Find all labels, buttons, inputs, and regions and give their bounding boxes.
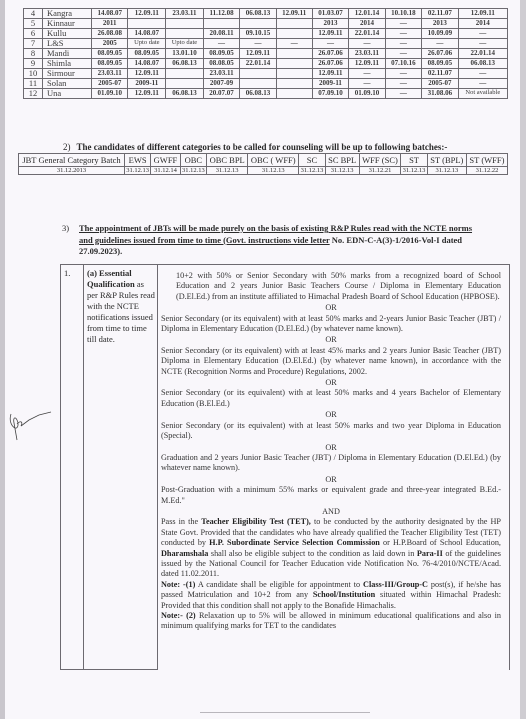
date-cell: 2013 (312, 19, 348, 29)
or-separator: OR (161, 303, 501, 313)
header-cell: SC BPL (325, 154, 359, 167)
date-cell: 2013 (422, 19, 458, 29)
date-cell: 26.07.06 (312, 59, 348, 69)
document-page: 4Kangra14.08.0712.09.1123.03.1111.12.080… (0, 0, 526, 719)
serial-cell: 6 (24, 29, 43, 39)
table-row: 6Kullu26.08.0814.08.0720.08.1109.10.1512… (24, 29, 508, 39)
tet-text: Para-II (417, 549, 443, 558)
header-cell: EWS (124, 154, 150, 167)
date-cell: — (240, 39, 276, 49)
header-cell: OBC BPL (207, 154, 248, 167)
date-cell: 08.08.05 (203, 59, 239, 69)
date-cell: 2009-11 (128, 79, 166, 89)
or-separator: OR (161, 335, 501, 345)
date-cell: — (458, 29, 507, 39)
serial-cell: 4 (24, 9, 43, 19)
district-cell: Mandi (43, 49, 92, 59)
table-row: 11Solan2005-072009-112007-092009-11——200… (24, 79, 508, 89)
or-separator: OR (161, 410, 501, 420)
date-cell (166, 29, 204, 39)
note-label: Note:- (2) (161, 611, 196, 620)
table-row: 12Una01.09.1012.09.1106.08.1320.07.0706.… (24, 89, 508, 99)
date-cell (166, 19, 204, 29)
date-cell: 07.10.16 (385, 59, 421, 69)
header-cell: GWFF (151, 154, 180, 167)
header-cell: JBT General Category Batch (19, 154, 125, 167)
date-cell: 22.01.14 (458, 49, 507, 59)
date-cell: — (458, 79, 507, 89)
date-cell: — (422, 39, 458, 49)
header-cell: ST (BPL) (427, 154, 466, 167)
date-cell: 2005-07 (92, 79, 128, 89)
date-cell: 06.08.13 (166, 59, 204, 69)
date-cell: 12.09.11 (312, 69, 348, 79)
date-cell: — (385, 89, 421, 99)
date-cell: 26.08.08 (92, 29, 128, 39)
scan-edge-right (520, 0, 526, 719)
batch-cell: 31.12.14 (151, 167, 180, 175)
date-cell: 23.03.11 (349, 49, 385, 59)
date-cell: 26.07.06 (422, 49, 458, 59)
district-cell: L&S (43, 39, 92, 49)
header-cell: WFF (SC) (359, 154, 401, 167)
date-cell: 08.09.05 (203, 49, 239, 59)
date-cell: 08.09.05 (92, 59, 128, 69)
date-cell: 22.01.14 (349, 29, 385, 39)
serial-number: 1. (64, 268, 70, 278)
tet-text: H.P. Subordinate Service Selection Commi… (209, 538, 380, 547)
district-cell: Kinnaur (43, 19, 92, 29)
header-cell: SC (299, 154, 325, 167)
date-cell (240, 19, 276, 29)
date-cell: 08.09.05 (128, 49, 166, 59)
batch-cell: 31.12.13 (124, 167, 150, 175)
table-row: 8Mandi08.09.0508.09.0513.01.1008.09.0512… (24, 49, 508, 59)
date-cell: 01.03.07 (312, 9, 348, 19)
tet-text: Teacher Eligibility Test (TET), (201, 517, 311, 526)
date-cell: — (203, 39, 239, 49)
date-cell: 31.08.06 (422, 89, 458, 99)
date-cell (240, 69, 276, 79)
tet-text: shall also be eligible subject to the co… (208, 549, 417, 558)
date-cell: 12.09.11 (276, 9, 312, 19)
date-cell (166, 69, 204, 79)
tet-text: Dharamshala (161, 549, 208, 558)
date-cell: 14.08.07 (92, 9, 128, 19)
para-number: 3) (62, 223, 69, 235)
date-cell: 11.12.08 (203, 9, 239, 19)
batch-cell: 31.12.2013 (19, 167, 125, 175)
date-cell: 20.08.11 (203, 29, 239, 39)
district-cell: Kullu (43, 29, 92, 39)
para-2-heading: 2)The candidates of different categories… (63, 142, 447, 152)
date-cell (240, 79, 276, 89)
date-cell: 12.09.11 (128, 89, 166, 99)
date-cell: 06.08.13 (240, 9, 276, 19)
district-batch-table: 4Kangra14.08.0712.09.1123.03.1111.12.080… (23, 8, 508, 99)
date-cell: 01.09.10 (92, 89, 128, 99)
heading-bold: (a) Essential Qualification (87, 268, 135, 289)
note-text: A candidate shall be eligible for appoin… (195, 580, 363, 589)
date-cell: 02.11.07 (422, 9, 458, 19)
serial-cell: 7 (24, 39, 43, 49)
qualification-option: Senior Secondary (or its equivalent) wit… (161, 421, 501, 442)
date-cell: 12.09.11 (128, 69, 166, 79)
and-separator: AND (161, 507, 501, 517)
date-cell: 07.09.10 (312, 89, 348, 99)
date-cell: 2007-09 (203, 79, 239, 89)
date-cell: 09.10.15 (240, 29, 276, 39)
or-separator: OR (161, 378, 501, 388)
date-cell: 08.09.05 (422, 59, 458, 69)
date-cell: 06.08.13 (166, 89, 204, 99)
date-cell: 12.09.11 (240, 49, 276, 59)
qualification-table: 1. (a) Essential Qualification as per R&… (60, 264, 510, 670)
batch-cell: 31.12.13 (401, 167, 427, 175)
para-3: 3) The appointment of JBTs will be made … (62, 223, 472, 258)
qualification-option: Post-Graduation with a minimum 55% marks… (161, 485, 501, 506)
tet-text: Pass in the (161, 517, 201, 526)
or-separator: OR (161, 475, 501, 485)
para-heading-text: The candidates of different categories t… (77, 142, 448, 152)
date-cell: 12.09.11 (458, 9, 507, 19)
date-cell: Upto date (166, 39, 204, 49)
batch-cell: 31.12.21 (359, 167, 401, 175)
signature-icon (5, 410, 55, 450)
qualification-heading: (a) Essential Qualification as per R&P R… (87, 268, 155, 345)
batch-cell: 31.12.13 (299, 167, 325, 175)
date-cell: — (349, 69, 385, 79)
date-cell: 08.09.05 (92, 49, 128, 59)
qualification-option: 10+2 with 50% or Senior Secondary with 5… (161, 271, 501, 302)
date-cell: — (385, 19, 421, 29)
date-cell: 23.03.11 (166, 9, 204, 19)
serial-cell: 11 (24, 79, 43, 89)
serial-cell: 10 (24, 69, 43, 79)
date-cell: 01.09.10 (349, 89, 385, 99)
district-cell: Sirmour (43, 69, 92, 79)
date-cell: — (276, 39, 312, 49)
date-cell: 2009-11 (312, 79, 348, 89)
date-cell (276, 89, 312, 99)
sno-column: 1. (61, 265, 84, 670)
serial-cell: 5 (24, 19, 43, 29)
date-cell: 12.01.14 (349, 9, 385, 19)
qualification-option: Senior Secondary (or its equivalent) wit… (161, 314, 501, 335)
date-cell: — (458, 69, 507, 79)
date-cell (276, 19, 312, 29)
date-cell: 23.03.11 (92, 69, 128, 79)
date-cell (276, 69, 312, 79)
header-cell: OBC (180, 154, 206, 167)
date-cell (276, 49, 312, 59)
tet-text: or H.P.Board of School Education, (380, 538, 501, 547)
date-cell: Not available (458, 89, 507, 99)
date-cell: — (385, 69, 421, 79)
table-row: 7L&S2005Upto dateUpto date———————— (24, 39, 508, 49)
date-cell: — (385, 29, 421, 39)
date-cell: 20.07.07 (203, 89, 239, 99)
date-cell: — (458, 39, 507, 49)
date-cell: 02.11.07 (422, 69, 458, 79)
date-cell: 12.09.11 (128, 9, 166, 19)
table-row: 31.12.201331.12.1331.12.1431.12.1331.12.… (19, 167, 508, 175)
table-row: 9Shimla08.09.0514.08.0706.08.1308.08.052… (24, 59, 508, 69)
category-batch-table: JBT General Category BatchEWSGWFFOBCOBC … (18, 153, 508, 175)
note-text: Relaxation up to 5% will be allowed in m… (161, 611, 501, 630)
district-cell: Solan (43, 79, 92, 89)
serial-cell: 9 (24, 59, 43, 69)
date-cell (166, 79, 204, 89)
qualification-option: Graduation and 2 years Junior Basic Teac… (161, 453, 501, 474)
criteria-column: (a) Essential Qualification as per R&P R… (84, 265, 158, 670)
date-cell: 10.09.09 (422, 29, 458, 39)
batch-cell: 31.12.22 (466, 167, 507, 175)
district-cell: Una (43, 89, 92, 99)
date-cell: 2014 (349, 19, 385, 29)
batch-cell: 31.12.13 (325, 167, 359, 175)
date-cell: 14.08.07 (128, 59, 166, 69)
date-cell: 2005 (92, 39, 128, 49)
note-text: Note: -(1) (161, 580, 195, 589)
table-row: 4Kangra14.08.0712.09.1123.03.1111.12.080… (24, 9, 508, 19)
serial-cell: 12 (24, 89, 43, 99)
table-row: 10Sirmour23.03.1112.09.1123.03.1112.09.1… (24, 69, 508, 79)
date-cell: 12.09.11 (312, 29, 348, 39)
qualification-option: Senior Secondary (or its equivalent) wit… (161, 346, 501, 377)
header-cell: ST (WFF) (466, 154, 507, 167)
date-cell: 2005-07 (422, 79, 458, 89)
date-cell: 2014 (458, 19, 507, 29)
table-row: 5Kinnaur201120132014—20132014 (24, 19, 508, 29)
note-text: Class-III/Group-C (363, 580, 428, 589)
scan-edge-left (0, 0, 5, 719)
date-cell: 06.08.13 (240, 89, 276, 99)
date-cell (128, 19, 166, 29)
note-2: Note:- (2) Relaxation up to 5% will be a… (161, 611, 501, 632)
district-cell: Kangra (43, 9, 92, 19)
date-cell: — (349, 39, 385, 49)
date-cell: 2011 (92, 19, 128, 29)
date-cell: 22.01.14 (240, 59, 276, 69)
date-cell: 12.09.11 (349, 59, 385, 69)
qualification-details: 10+2 with 50% or Senior Secondary with 5… (161, 271, 501, 632)
date-cell: 14.08.07 (128, 29, 166, 39)
table-header-row: JBT General Category BatchEWSGWFFOBCOBC … (19, 154, 508, 167)
serial-cell: 8 (24, 49, 43, 59)
date-cell: Upto date (128, 39, 166, 49)
date-cell: — (385, 79, 421, 89)
para-number: 2) (63, 142, 71, 152)
date-cell: 13.01.10 (166, 49, 204, 59)
divider (200, 712, 370, 713)
date-cell: — (385, 49, 421, 59)
or-separator: OR (161, 443, 501, 453)
date-cell (276, 79, 312, 89)
date-cell: 06.08.13 (458, 59, 507, 69)
date-cell: — (349, 79, 385, 89)
batch-cell: 31.12.13 (180, 167, 206, 175)
table-bottom-border (61, 669, 158, 670)
date-cell: 26.07.06 (312, 49, 348, 59)
date-cell: 10.10.18 (385, 9, 421, 19)
date-cell: 23.03.11 (203, 69, 239, 79)
header-cell: ST (401, 154, 427, 167)
date-cell (203, 19, 239, 29)
header-cell: OBC ( WFF) (248, 154, 299, 167)
batch-cell: 31.12.13 (248, 167, 299, 175)
note-1: Note: -(1) A candidate shall be eligible… (161, 580, 501, 611)
date-cell (276, 29, 312, 39)
qualification-option: Senior Secondary (or its equivalent) wit… (161, 388, 501, 409)
batch-cell: 31.12.13 (427, 167, 466, 175)
date-cell: — (385, 39, 421, 49)
date-cell: — (312, 39, 348, 49)
note-text: School/Institution (313, 590, 375, 599)
date-cell (276, 59, 312, 69)
batch-cell: 31.12.13 (207, 167, 248, 175)
tet-requirement: Pass in the Teacher Eligibility Test (TE… (161, 517, 501, 579)
district-cell: Shimla (43, 59, 92, 69)
